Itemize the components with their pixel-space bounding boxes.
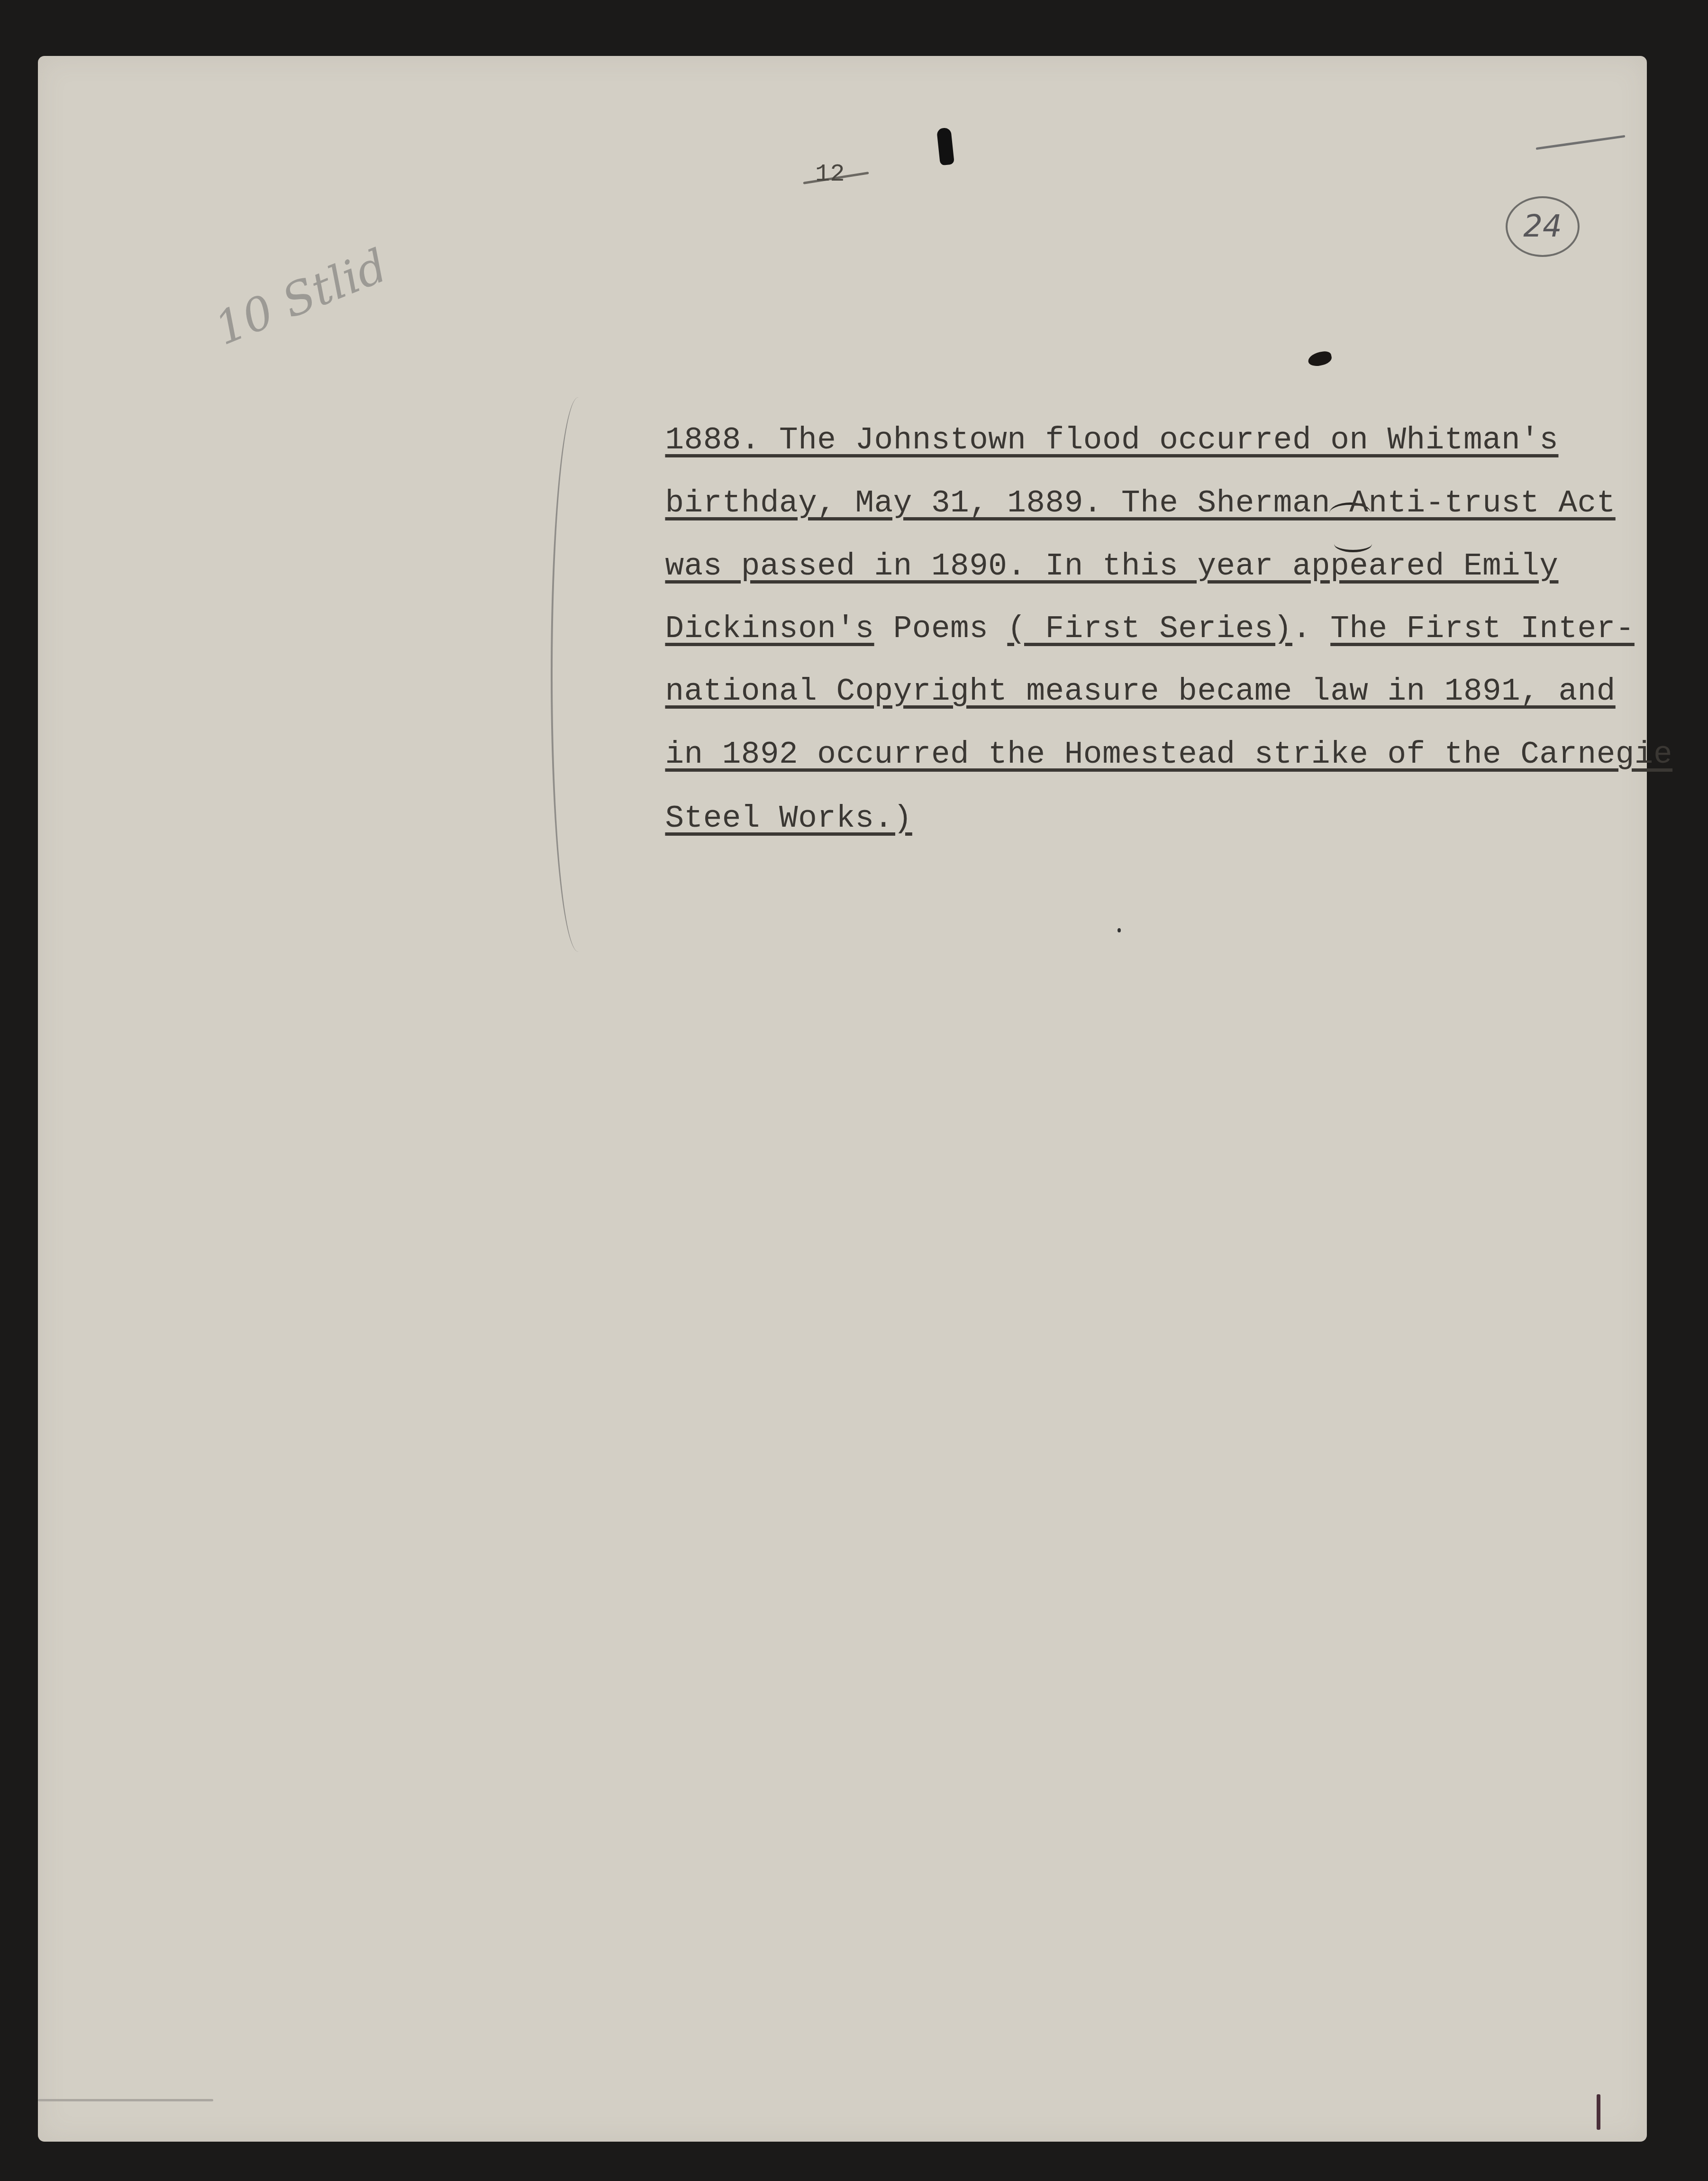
pencil-line-bottom-left bbox=[38, 2099, 213, 2101]
pencil-margin-note: 10 Stlid bbox=[208, 239, 394, 356]
ink-mark-bottom-right bbox=[1597, 2094, 1600, 2130]
text-segment: was passed in 1890. In this year appeare… bbox=[665, 548, 1558, 584]
margin-bracket-line bbox=[551, 397, 581, 952]
folio-number-circled: 24 bbox=[1506, 196, 1580, 257]
text-segment: Steel Works.) bbox=[665, 801, 912, 836]
text-segment: Dickinson's bbox=[665, 611, 874, 647]
text-segment: ( First Series) bbox=[1007, 611, 1292, 647]
folio-number: 24 bbox=[1523, 209, 1562, 244]
punch-hole bbox=[1307, 350, 1333, 368]
text-segment: . bbox=[1292, 611, 1330, 647]
pencil-dash-mark bbox=[1536, 135, 1626, 150]
ink-mark-top bbox=[936, 128, 954, 166]
document-page: 12 24 10 Stlid 1888. The Johnstown flood… bbox=[38, 56, 1647, 2142]
text-segment: 1888. The Johnstown flood occurred on Wh… bbox=[665, 422, 1558, 458]
text-segment: national Copyright measure became law in… bbox=[665, 674, 1615, 709]
text-segment: Poems bbox=[874, 611, 1008, 647]
text-segment: birthday, May 31, 1889. The Sherman Anti… bbox=[665, 485, 1615, 521]
text-segment: in 1892 occurred the Homestead strike of… bbox=[665, 737, 1672, 772]
paper-speck bbox=[1117, 928, 1121, 932]
typed-page-number: 12 bbox=[815, 160, 845, 188]
body-line-7: Steel Works.) bbox=[589, 772, 912, 866]
text-segment: The First Inter- bbox=[1330, 611, 1635, 647]
